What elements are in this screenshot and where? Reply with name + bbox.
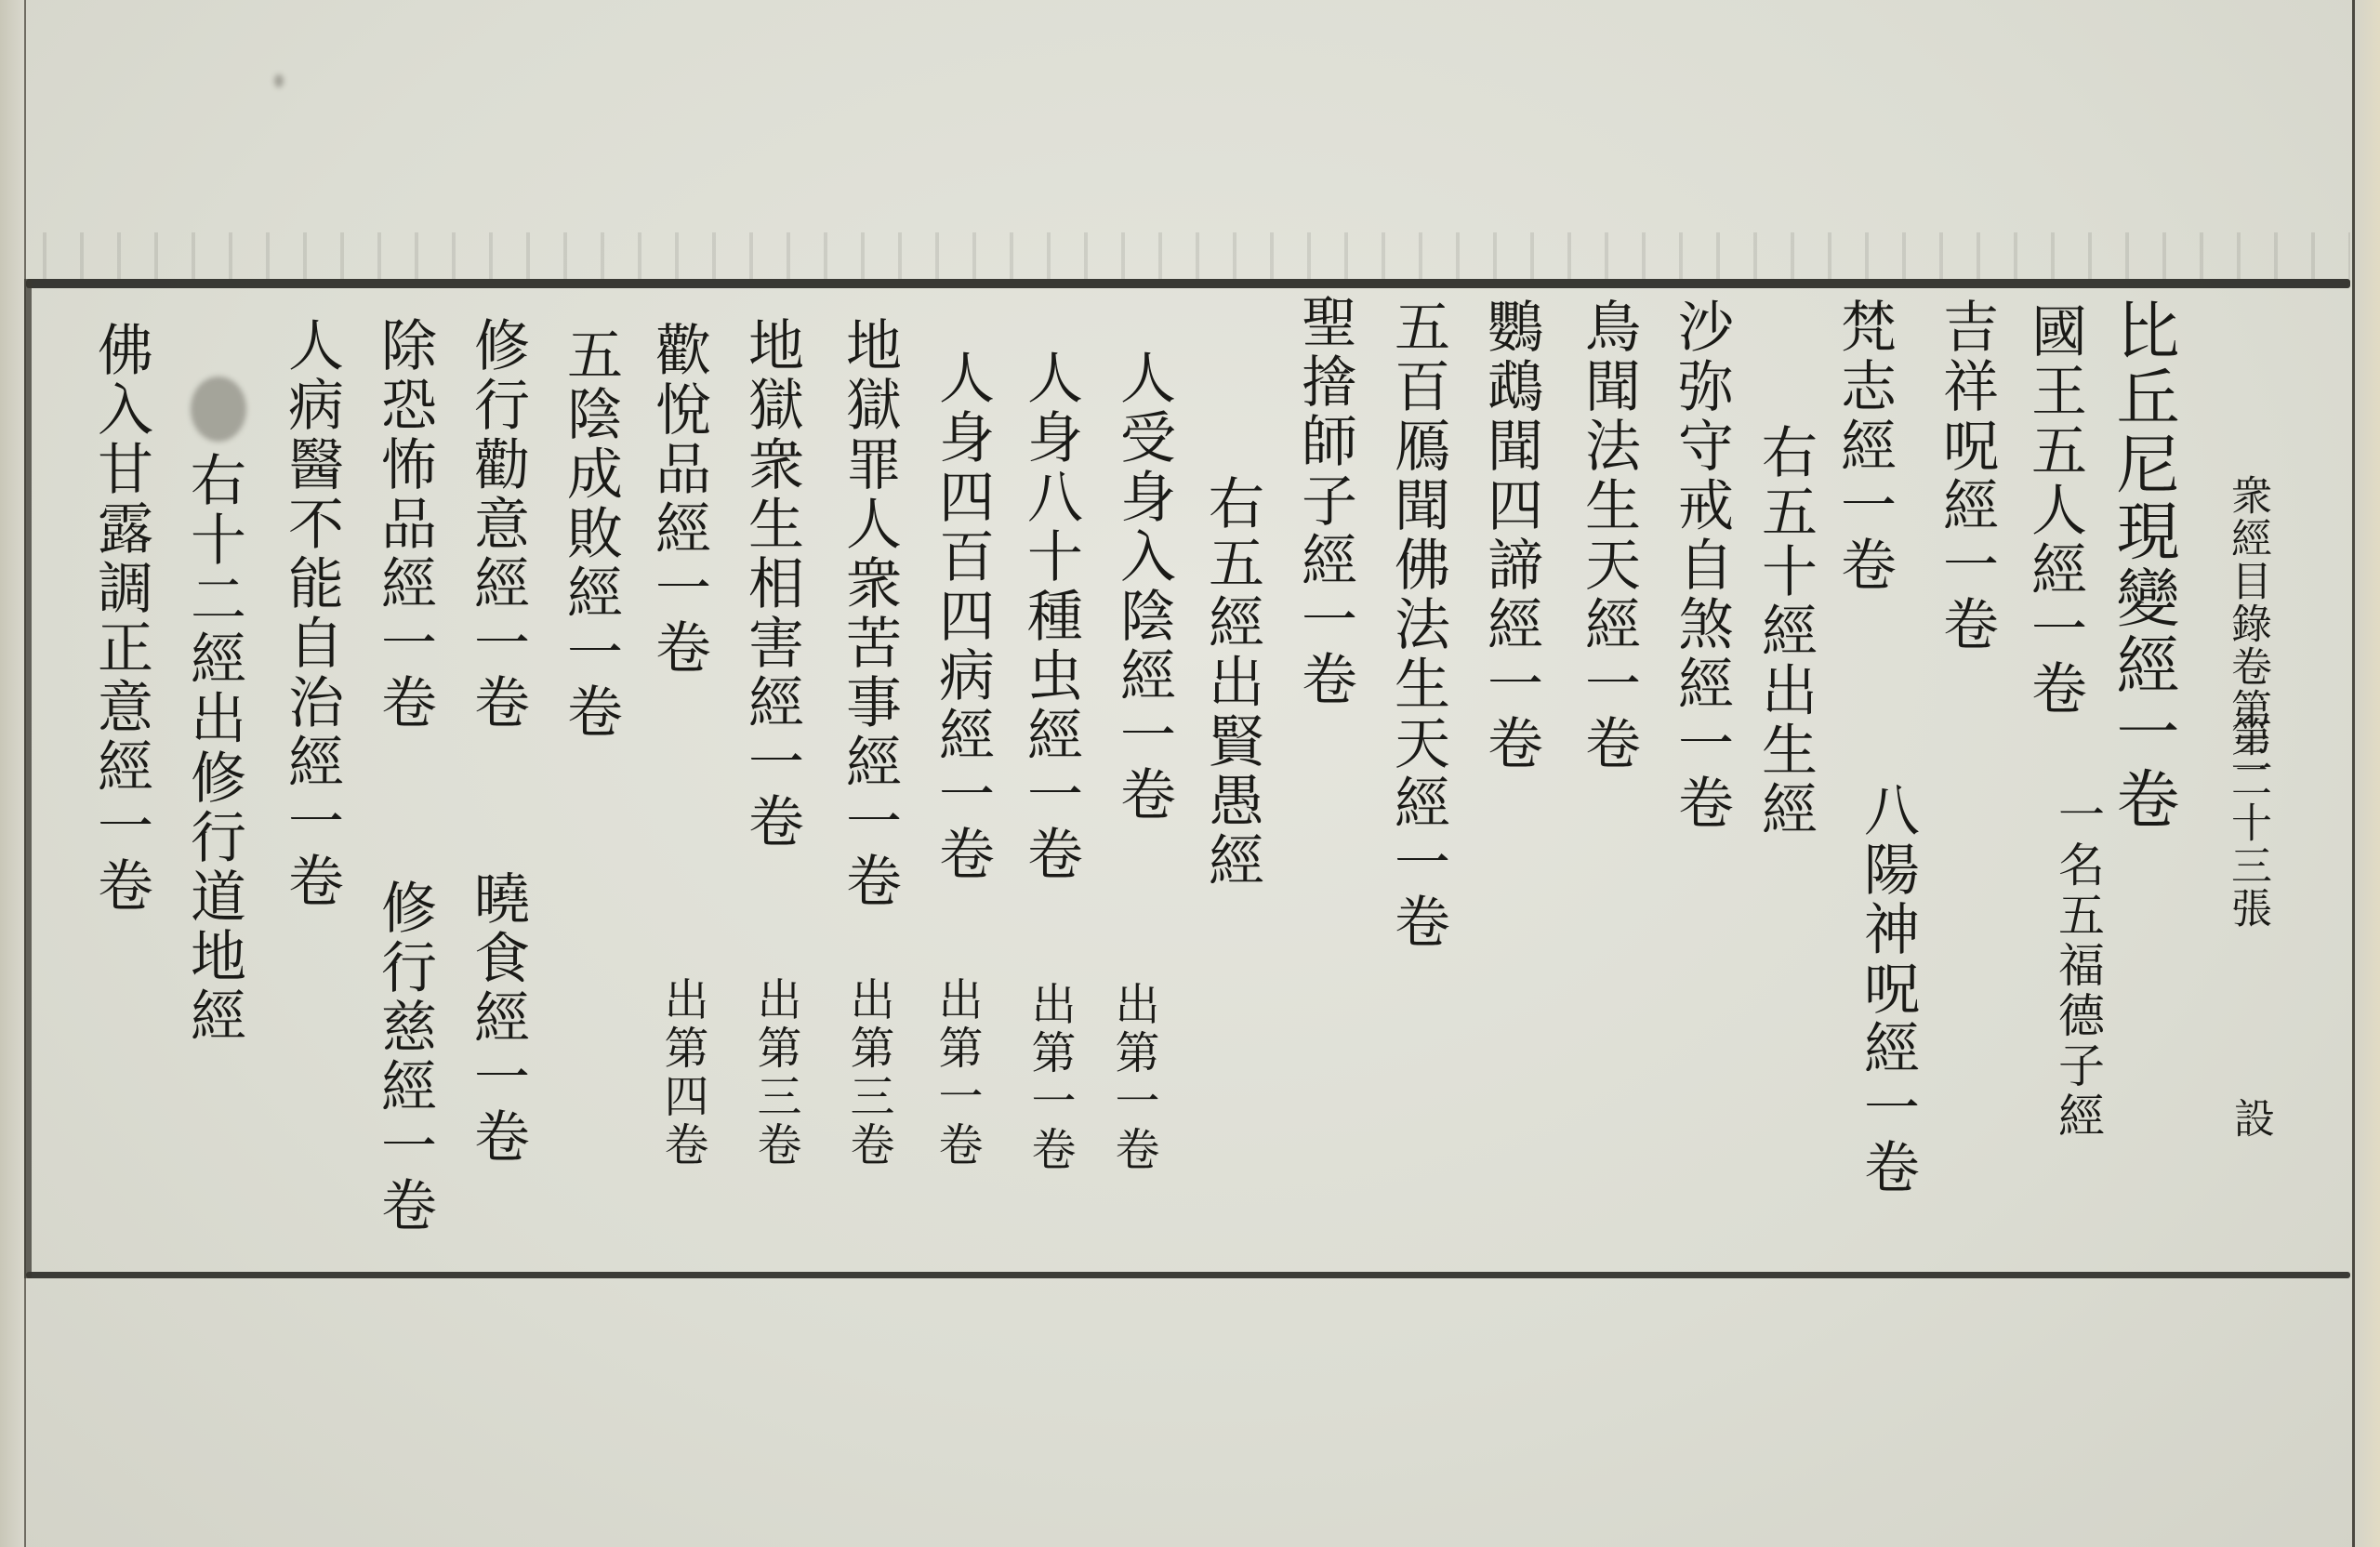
column-9: 五百鴈聞佛法生天經一卷 (1390, 297, 1446, 952)
column-13: 人身八十種虫經一卷 (1023, 349, 1078, 884)
column-23: 佛入甘露調正意經一卷 (93, 321, 149, 916)
column-2: 國王五人經一卷 (2027, 302, 2082, 719)
column-20: 除恐怖品經一卷 (377, 316, 432, 733)
column-6: 沙弥守戒自煞經一卷 (1673, 297, 1729, 833)
column-3: 吉祥呪經一卷 (1938, 297, 1994, 654)
column-17: 歡悅品經一卷 (651, 321, 707, 678)
column-16: 地獄衆生相害經一卷 (744, 316, 800, 852)
scanned-page: 衆經目錄卷第三 第二十三張 設 比丘尼現變經一卷 國王五人經一卷 一名五福德子經… (0, 0, 2380, 1547)
column-19: 修行勸意經一卷 (469, 316, 525, 733)
column-10: 聖摿師子經一卷 (1297, 293, 1353, 709)
column-18: 五陰成敗經一卷 (562, 325, 618, 742)
column-12: 人受身入陰經一卷 (1116, 349, 1171, 825)
column-17-source: 出第四卷 (660, 976, 705, 1170)
column-16-source: 出第三卷 (753, 976, 798, 1170)
column-2-note: 一名五福德子經 (2055, 790, 2101, 1142)
ink-speck (274, 74, 284, 87)
column-15-source: 出第三卷 (846, 976, 891, 1170)
column-8: 鸚鵡聞四諦經一卷 (1483, 297, 1539, 773)
column-22-summary: 右十二經出修行道地經 (186, 451, 242, 1046)
column-20-secondary: 修行慈經一卷 (377, 879, 432, 1236)
column-5-secondary: 八陽神呪經一卷 (1859, 781, 1915, 1197)
bottom-border-line (26, 1272, 2350, 1278)
left-border-line (24, 279, 32, 1278)
column-21: 人病醫不能自治經一卷 (284, 316, 339, 911)
column-14-source: 出第一卷 (934, 976, 979, 1170)
column-5-summary: 右五十經出生經 (1757, 423, 1813, 840)
top-border-ink-noise (26, 232, 2350, 279)
column-11-summary: 右五經出賢愚經 (1204, 474, 1260, 891)
column-12-source: 出第一卷 (1111, 981, 1156, 1174)
column-1: 比丘尼現變經一卷 (2110, 297, 2174, 833)
column-19-secondary: 曉食經一卷 (469, 869, 525, 1167)
column-7: 鳥聞法生天經一卷 (1580, 297, 1636, 773)
column-4: 梵志經一卷 (1836, 297, 1892, 595)
column-15: 地獄罪人衆苦事經一卷 (841, 316, 897, 911)
column-13-source: 出第一卷 (1027, 981, 1072, 1174)
right-binding-edge (2352, 0, 2380, 1547)
column-14: 人身四百四病經一卷 (934, 349, 990, 884)
margin-carver-mark: 設 (2229, 1097, 2270, 1140)
ink-smudge (191, 377, 246, 442)
margin-leaf-number: 第二十三張 (2227, 716, 2268, 930)
top-border-line (26, 279, 2350, 288)
left-binding-edge (0, 0, 26, 1547)
